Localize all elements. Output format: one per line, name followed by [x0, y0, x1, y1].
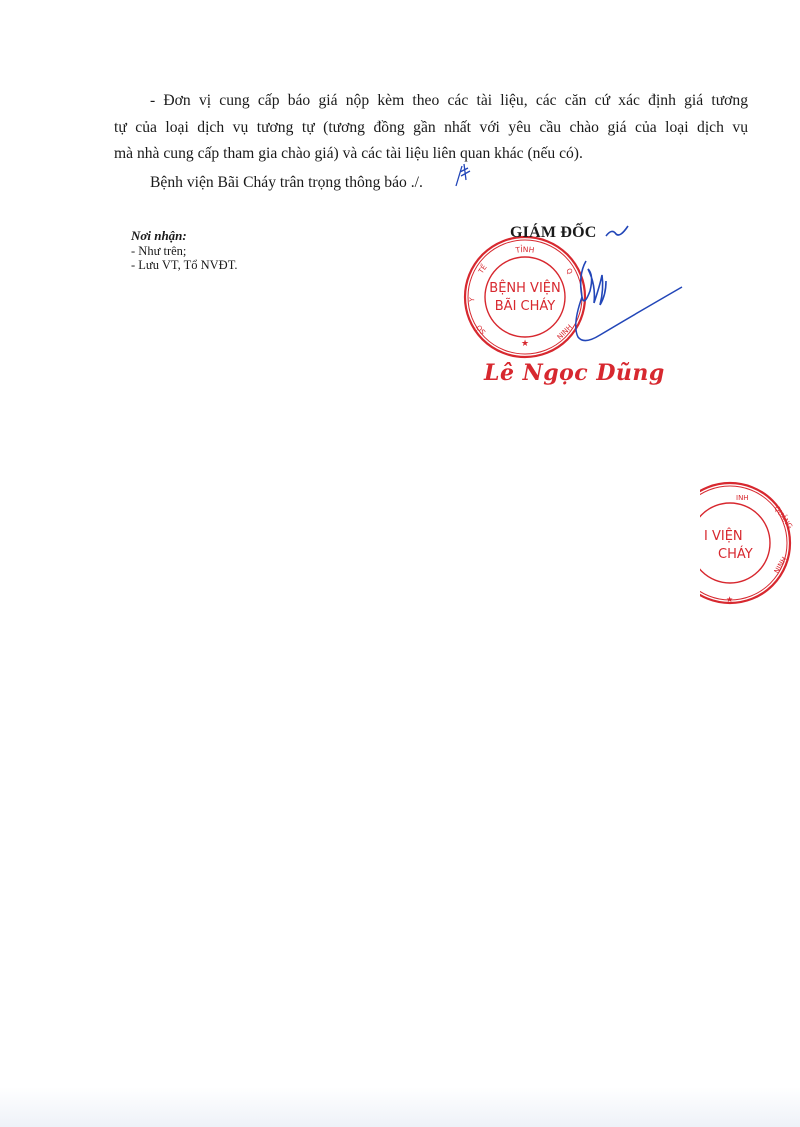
svg-text:★: ★: [521, 339, 529, 349]
recipients-block: Nơi nhận: - Như trên; - Lưu VT, Tổ NVĐT.: [131, 229, 238, 273]
check-mark-icon: [604, 222, 630, 240]
stamp-center-line: BỆNH VIỆN: [489, 280, 560, 296]
recipients-heading: Nơi nhận:: [131, 229, 238, 244]
partial-stamp-line: I VIỆN: [704, 528, 743, 544]
paragraph-line: - Đơn vị cung cấp báo giá nộp kèm theo c…: [114, 88, 748, 115]
body-paragraph-attachments: - Đơn vị cung cấp báo giá nộp kèm theo c…: [114, 88, 748, 168]
paragraph-line: mà nhà cung cấp tham gia chào giá) và cá…: [114, 141, 748, 168]
partial-stamp: INH QUẢNG NINH I VIỆN CHÁY ★: [700, 478, 800, 608]
partial-stamp-line: CHÁY: [718, 546, 753, 562]
closing-paragraph: Bệnh viện Bãi Cháy trân trọng thông báo …: [150, 170, 550, 197]
svg-text:TẾ: TẾ: [475, 262, 489, 276]
handwritten-signature: [560, 255, 690, 365]
partial-stamp-arc: QUẢNG: [772, 504, 794, 531]
signer-title: GIÁM ĐỐC: [510, 224, 596, 242]
initials-mark-icon: [452, 162, 474, 188]
stamp-top-arc: TỈNH: [514, 245, 535, 255]
svg-text:TỈNH: TỈNH: [514, 245, 535, 255]
scan-shadow: [0, 1087, 800, 1127]
svg-text:Y: Y: [468, 296, 476, 303]
recipient-item: - Như trên;: [131, 244, 238, 259]
paragraph-line: tự của loại dịch vụ tương tự (tương đồng…: [114, 115, 748, 142]
stamp-center-line: BÃI CHÁY: [495, 298, 556, 314]
closing-line: Bệnh viện Bãi Cháy trân trọng thông báo …: [150, 170, 550, 197]
recipient-item: - Lưu VT, Tổ NVĐT.: [131, 258, 238, 273]
svg-text:★: ★: [726, 595, 733, 604]
signer-name: Lê Ngọc Dũng: [484, 360, 665, 386]
partial-stamp-arc: INH: [736, 494, 749, 502]
